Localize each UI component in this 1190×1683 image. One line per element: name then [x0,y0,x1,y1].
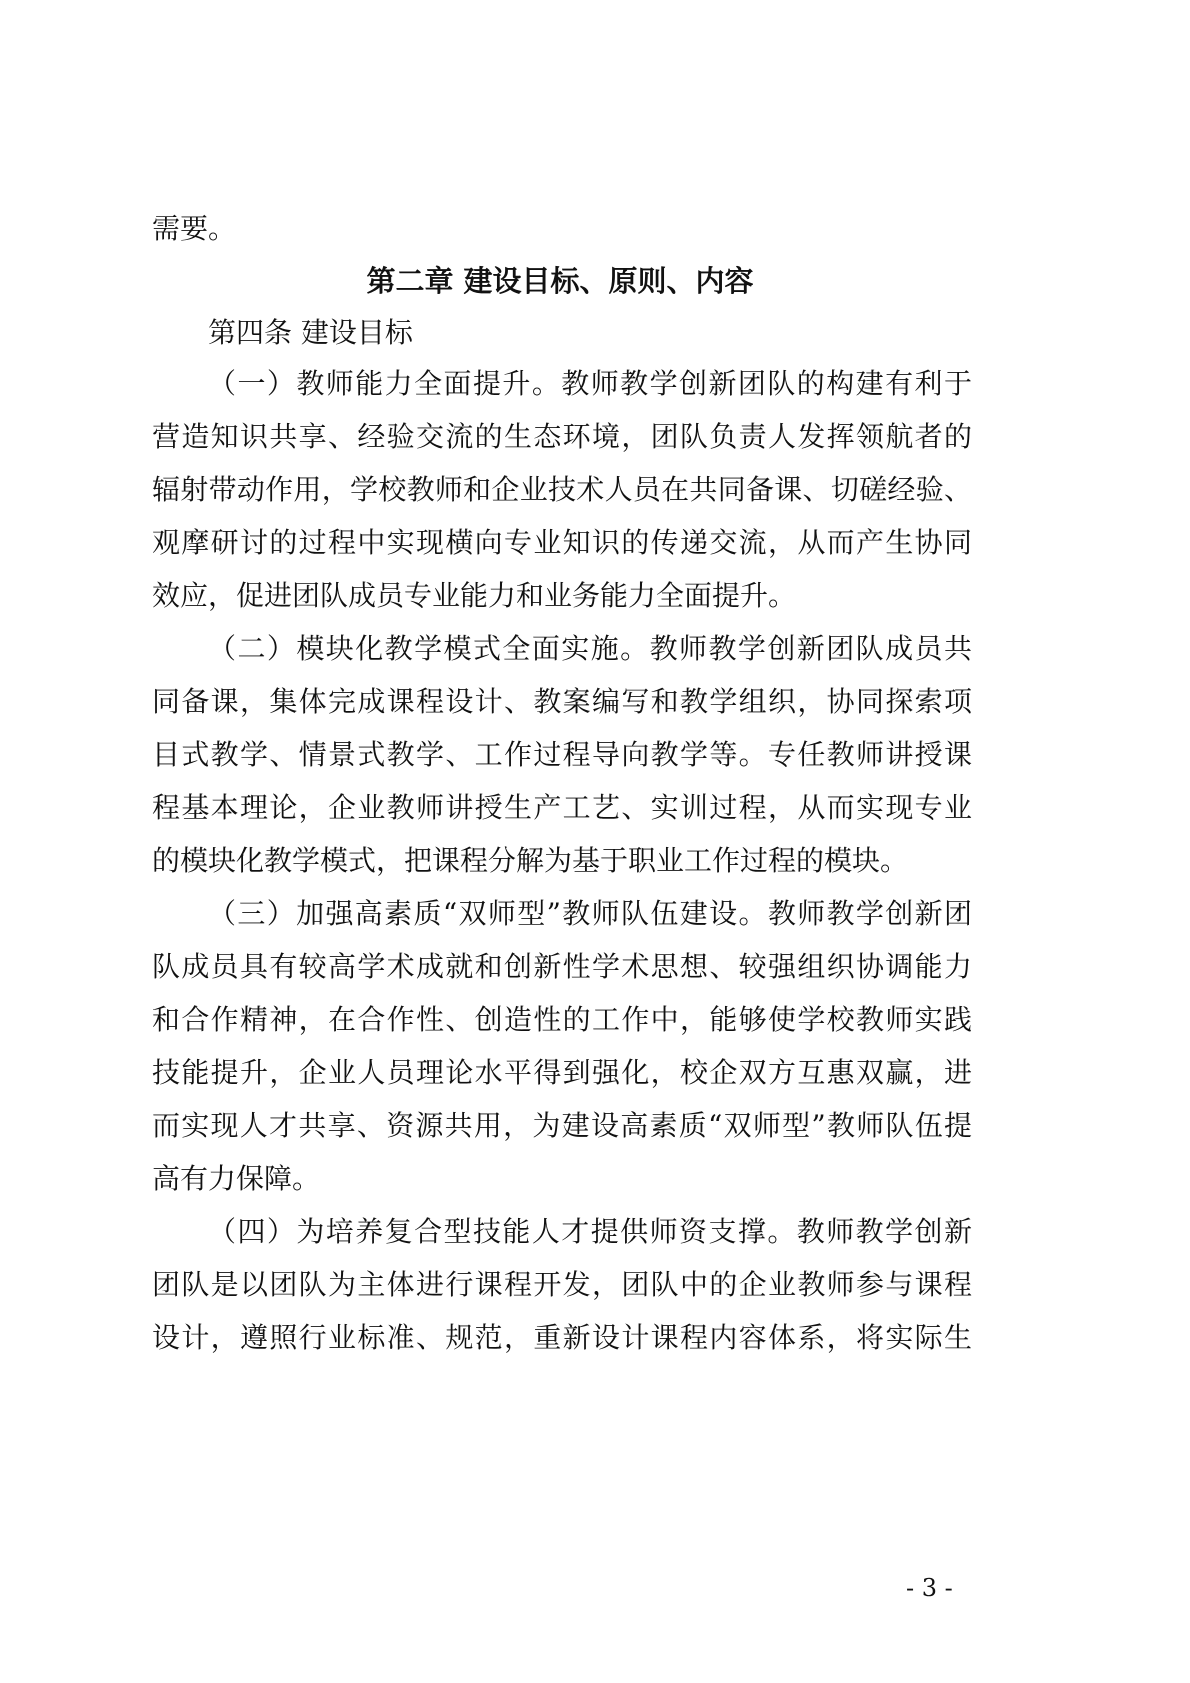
text-line: 同备课，集体完成课程设计、教案编写和教学组织，协同探索项 [152,685,972,719]
text-line: 而实现人才共享、资源共用，为建设高素质“双师型”教师队伍提 [152,1109,972,1143]
text-line: （三）加强高素质“双师型”教师队伍建设。教师教学创新团 [208,897,972,931]
text-line: 和合作精神，在合作性、创造性的工作中，能够使学校教师实践 [152,1003,972,1037]
text-line: （二）模块化教学模式全面实施。教师教学创新团队成员共 [208,632,972,666]
text-line: 目式教学、情景式教学、工作过程导向教学等。专任教师讲授课 [152,738,972,772]
text-line: （四）为培养复合型技能人才提供师资支撑。教师教学创新 [208,1215,972,1249]
text-line: 程基本理论，企业教师讲授生产工艺、实训过程，从而实现专业 [152,791,972,825]
text-line: 设计，遵照行业标准、规范，重新设计课程内容体系，将实际生 [152,1321,972,1355]
text-line: 效应，促进团队成员专业能力和业务能力全面提升。 [152,579,972,613]
text-line: 的模块化教学模式，把课程分解为基于职业工作过程的模块。 [152,844,972,878]
chapter-heading: 第二章 建设目标、原则、内容 [0,264,1120,298]
text-line: 营造知识共享、经验交流的生态环境，团队负责人发挥领航者的 [152,420,972,454]
text-line: 团队是以团队为主体进行课程开发，团队中的企业教师参与课程 [152,1268,972,1302]
text-line: 高有力保障。 [152,1162,972,1196]
text-line: 队成员具有较高学术成就和创新性学术思想、较强组织协调能力 [152,950,972,984]
text-line: 第四条 建设目标 [208,316,972,350]
text-line: 技能提升，企业人员理论水平得到强化，校企双方互惠双赢，进 [152,1056,972,1090]
text-line: （一）教师能力全面提升。教师教学创新团队的构建有利于 [208,367,972,401]
text-line: 辐射带动作用，学校教师和企业技术人员在共同备课、切磋经验、 [152,473,972,507]
page-number: - 3 - [906,1573,953,1603]
text-line: 观摩研讨的过程中实现横向专业知识的传递交流，从而产生协同 [152,526,972,560]
text-line: 需要。 [152,212,972,246]
